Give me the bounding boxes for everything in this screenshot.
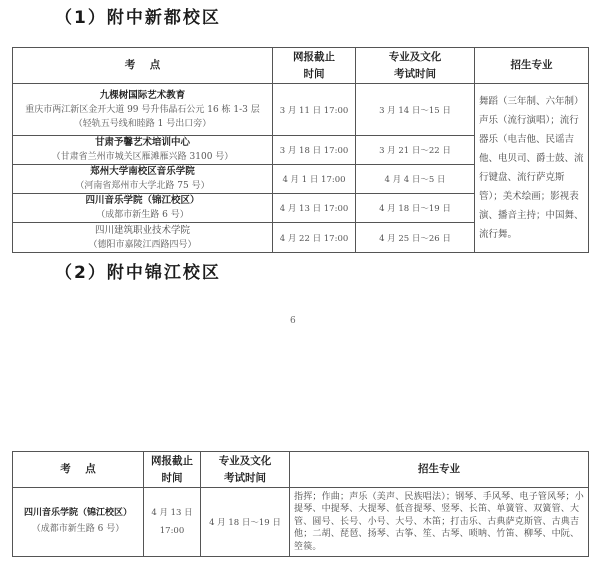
section-heading-jinjiang: （2）附中锦江校区	[55, 258, 221, 283]
section-heading-xindu: （1）附中新都校区	[55, 3, 221, 28]
deadline-cell: 4 月 13 日 17:00	[273, 194, 356, 223]
site-address: （成都市新生路 6 号）	[13, 208, 272, 222]
site-address: （甘肃省兰州市城关区雁滩雁兴路 3100 号）	[13, 150, 272, 164]
site-name: 四川建筑职业技术学院	[13, 224, 272, 238]
header-exam-line2: 考试时间	[394, 68, 436, 80]
jinjiang-schedule-table: 考 点 网报截止时间 专业及文化考试时间 招生专业 四川音乐学院（锦江校区） （…	[12, 451, 589, 557]
header-exam-line2: 考试时间	[224, 472, 266, 484]
table-row: 四川音乐学院（锦江校区） （成都市新生路 6 号） 4 月 13 日 17:00…	[13, 488, 589, 557]
header-deadline-line1: 网报截止	[293, 51, 335, 63]
site-address: 重庆市两江新区金开大道 99 号升伟晶石公元 16 栋 1-3 层（轻轨五号线和…	[13, 103, 272, 131]
site-cell: 九棵树国际艺术教育 重庆市两江新区金开大道 99 号升伟晶石公元 16 栋 1-…	[13, 84, 273, 136]
exam-time-cell: 4 月 25 日～26 日	[356, 223, 475, 253]
site-cell: 郑州大学南校区音乐学院 （河南省郑州市大学北路 75 号）	[13, 165, 273, 194]
deadline-time: 17:00	[160, 526, 185, 536]
header-deadline: 网报截止时间	[273, 48, 356, 84]
deadline-cell: 4 月 13 日 17:00	[144, 488, 201, 557]
site-address: （河南省郑州市大学北路 75 号）	[13, 179, 272, 193]
exam-time-cell: 4 月 4 日～5 日	[356, 165, 475, 194]
header-exam-time: 专业及文化考试时间	[356, 48, 475, 84]
site-cell: 四川音乐学院（锦江校区） （成都市新生路 6 号）	[13, 488, 144, 557]
header-site: 考 点	[13, 452, 144, 488]
xindu-schedule-table: 考 点 网报截止时间 专业及文化考试时间 招生专业 九棵树国际艺术教育 重庆市两…	[12, 47, 589, 253]
header-deadline-line2: 时间	[304, 68, 325, 80]
table-header-row: 考 点 网报截止时间 专业及文化考试时间 招生专业	[13, 452, 589, 488]
exam-time-cell: 4 月 18 日～19 日	[201, 488, 290, 557]
exam-time-cell: 3 月 21 日～22 日	[356, 136, 475, 165]
deadline-cell: 4 月 1 日 17:00	[273, 165, 356, 194]
deadline-date: 4 月 13 日	[151, 508, 192, 518]
header-majors: 招生专业	[475, 48, 589, 84]
site-address: （德阳市嘉陵江西路四号）	[13, 238, 272, 252]
deadline-cell: 4 月 22 日 17:00	[273, 223, 356, 253]
table-row: 九棵树国际艺术教育 重庆市两江新区金开大道 99 号升伟晶石公元 16 栋 1-…	[13, 84, 589, 136]
majors-cell: 指挥；作曲；声乐（美声、民族唱法）；钢琴、手风琴、电子管风琴；小提琴、中提琴、大…	[290, 488, 589, 557]
site-name: 四川音乐学院（锦江校区）	[13, 506, 143, 520]
exam-time-cell: 3 月 14 日～15 日	[356, 84, 475, 136]
site-name: 四川音乐学院（锦江校区）	[13, 194, 272, 208]
deadline-cell: 3 月 11 日 17:00	[273, 84, 356, 136]
page-number: 6	[290, 316, 296, 326]
header-exam-line1: 专业及文化	[389, 51, 442, 63]
header-exam-time: 专业及文化考试时间	[201, 452, 290, 488]
header-site: 考 点	[13, 48, 273, 84]
site-name: 甘肃予馨艺术培训中心	[13, 136, 272, 150]
site-cell: 四川建筑职业技术学院 （德阳市嘉陵江西路四号）	[13, 223, 273, 253]
deadline-cell: 3 月 18 日 17:00	[273, 136, 356, 165]
header-majors: 招生专业	[290, 452, 589, 488]
header-exam-line1: 专业及文化	[219, 455, 272, 467]
majors-cell: 舞蹈（三年制、六年制）声乐（流行演唱）；流行器乐（电吉他、民谣吉他、电贝司、爵士…	[475, 84, 589, 253]
exam-time-cell: 4 月 18 日～19 日	[356, 194, 475, 223]
site-cell: 甘肃予馨艺术培训中心 （甘肃省兰州市城关区雁滩雁兴路 3100 号）	[13, 136, 273, 165]
header-deadline-line1: 网报截止	[151, 455, 193, 467]
site-name: 郑州大学南校区音乐学院	[13, 165, 272, 179]
header-deadline-line2: 时间	[162, 472, 183, 484]
site-address: （成都市新生路 6 号）	[13, 520, 143, 538]
site-cell: 四川音乐学院（锦江校区） （成都市新生路 6 号）	[13, 194, 273, 223]
table-header-row: 考 点 网报截止时间 专业及文化考试时间 招生专业	[13, 48, 589, 84]
site-name: 九棵树国际艺术教育	[13, 89, 272, 103]
header-deadline: 网报截止时间	[144, 452, 201, 488]
